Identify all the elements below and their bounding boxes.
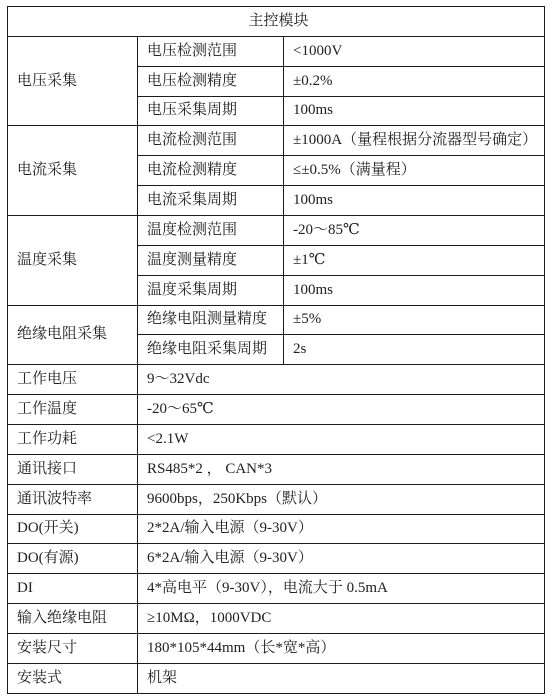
table-row: 工作温度 -20～65℃ bbox=[8, 395, 545, 425]
table-row: 绝缘电阻采集 绝缘电阻测量精度 ±5% bbox=[8, 305, 545, 335]
param-value: 100ms bbox=[284, 275, 545, 305]
param-value: 6*2A/输入电源（9-30V） bbox=[138, 544, 545, 574]
param-label: 电流检测范围 bbox=[138, 126, 284, 156]
table-row: 安装式 机架 bbox=[8, 663, 545, 693]
table-row: 通讯波特率 9600bps，250Kbps（默认） bbox=[8, 484, 545, 514]
param-label: 温度检测范围 bbox=[138, 216, 284, 246]
param-label: 电流采集周期 bbox=[138, 186, 284, 216]
param-label: 工作电压 bbox=[8, 365, 138, 395]
table-row: DO(开关) 2*2A/输入电源（9-30V） bbox=[8, 514, 545, 544]
param-label: 温度采集周期 bbox=[138, 275, 284, 305]
param-label: 电流检测精度 bbox=[138, 156, 284, 186]
param-value: 9～32Vdc bbox=[138, 365, 545, 395]
param-label: 电压检测范围 bbox=[138, 36, 284, 66]
table-row: 安装尺寸 180*105*44mm（长*宽*高） bbox=[8, 634, 545, 664]
param-value: -20～85℃ bbox=[284, 216, 545, 246]
param-label: 通讯波特率 bbox=[8, 484, 138, 514]
table-row: 通讯接口 RS485*2 ， CAN*3 bbox=[8, 454, 545, 484]
param-label: 电压检测精度 bbox=[138, 66, 284, 96]
param-label: 温度测量精度 bbox=[138, 245, 284, 275]
param-value: RS485*2 ， CAN*3 bbox=[138, 454, 545, 484]
table-row: 工作电压 9～32Vdc bbox=[8, 365, 545, 395]
category-cell-insulation: 绝缘电阻采集 bbox=[8, 305, 138, 365]
category-cell-voltage: 电压采集 bbox=[8, 36, 138, 126]
param-label: 工作功耗 bbox=[8, 425, 138, 455]
table-title: 主控模块 bbox=[8, 7, 545, 37]
param-label: 通讯接口 bbox=[8, 454, 138, 484]
param-label: 电压采集周期 bbox=[138, 96, 284, 126]
param-value: 180*105*44mm（长*宽*高） bbox=[138, 634, 545, 664]
table-row: DO(有源) 6*2A/输入电源（9-30V） bbox=[8, 544, 545, 574]
param-value: ≤±0.5%（满量程） bbox=[284, 156, 545, 186]
param-value: -20～65℃ bbox=[138, 395, 545, 425]
param-label: 绝缘电阻采集周期 bbox=[138, 335, 284, 365]
param-value: ±0.2% bbox=[284, 66, 545, 96]
table-title-row: 主控模块 bbox=[8, 7, 545, 37]
category-cell-current: 电流采集 bbox=[8, 126, 138, 216]
param-label: 输入绝缘电阻 bbox=[8, 604, 138, 634]
param-value: ±1000A（量程根据分流器型号确定） bbox=[284, 126, 545, 156]
param-label: DO(开关) bbox=[8, 514, 138, 544]
param-value: 100ms bbox=[284, 186, 545, 216]
table-row: DI 4*高电平（9-30V），电流大于 0.5mA bbox=[8, 574, 545, 604]
table-row: 输入绝缘电阻 ≥10MΩ，1000VDC bbox=[8, 604, 545, 634]
param-label: 工作温度 bbox=[8, 395, 138, 425]
param-label: DO(有源) bbox=[8, 544, 138, 574]
param-value: 4*高电平（9-30V），电流大于 0.5mA bbox=[138, 574, 545, 604]
param-value: <1000V bbox=[284, 36, 545, 66]
param-value: 2*2A/输入电源（9-30V） bbox=[138, 514, 545, 544]
param-value: <2.1W bbox=[138, 425, 545, 455]
param-value: ±1℃ bbox=[284, 245, 545, 275]
table-row: 电压采集 电压检测范围 <1000V bbox=[8, 36, 545, 66]
param-value: 2s bbox=[284, 335, 545, 365]
param-value: ±5% bbox=[284, 305, 545, 335]
table-row: 温度采集 温度检测范围 -20～85℃ bbox=[8, 216, 545, 246]
spec-table: 主控模块 电压采集 电压检测范围 <1000V 电压检测精度 ±0.2% 电压采… bbox=[7, 6, 545, 694]
param-value: 机架 bbox=[138, 663, 545, 693]
param-label: 绝缘电阻测量精度 bbox=[138, 305, 284, 335]
param-label: DI bbox=[8, 574, 138, 604]
param-value: 100ms bbox=[284, 96, 545, 126]
table-row: 电流采集 电流检测范围 ±1000A（量程根据分流器型号确定） bbox=[8, 126, 545, 156]
category-cell-temperature: 温度采集 bbox=[8, 216, 138, 306]
param-label: 安装尺寸 bbox=[8, 634, 138, 664]
table-row: 工作功耗 <2.1W bbox=[8, 425, 545, 455]
param-value: 9600bps，250Kbps（默认） bbox=[138, 484, 545, 514]
param-label: 安装式 bbox=[8, 663, 138, 693]
param-value: ≥10MΩ，1000VDC bbox=[138, 604, 545, 634]
